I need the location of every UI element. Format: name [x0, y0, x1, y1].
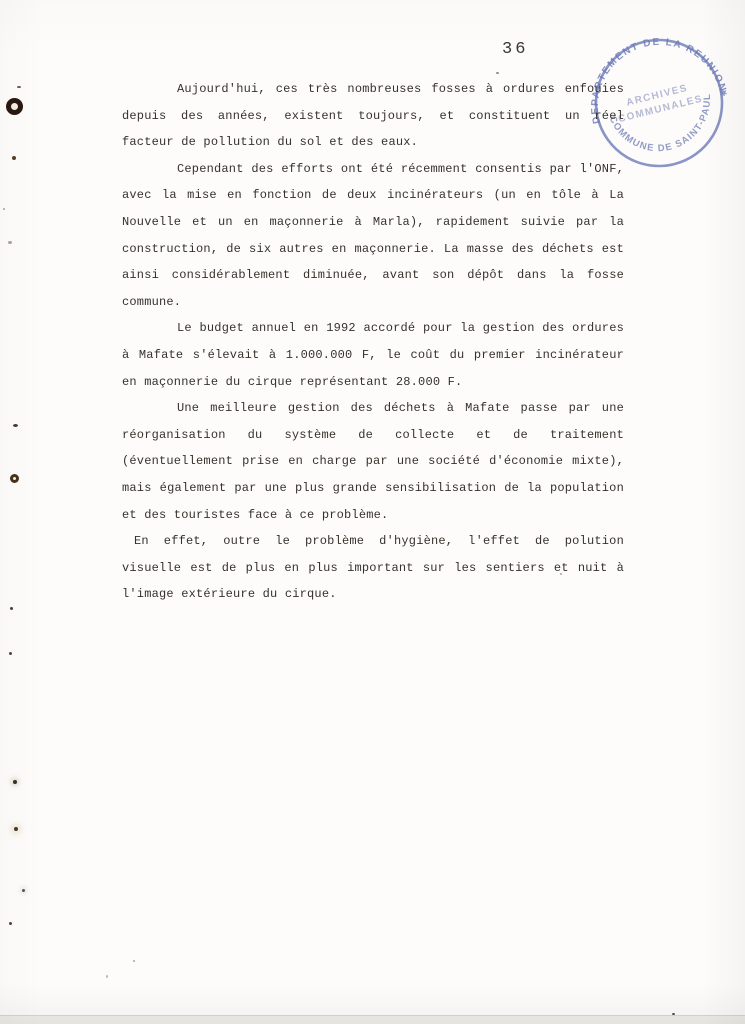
document-text-block: Aujourd'hui, ces très nombreuses fosses …: [122, 76, 624, 608]
paragraph-fosses-ordures: Aujourd'hui, ces très nombreuses fosses …: [122, 76, 624, 156]
scanned-document-page: 36 DEPARTEMENT DE LA REUNION COMMUNE DE …: [0, 0, 745, 1024]
ink-speck: [133, 960, 135, 962]
ink-speck: [560, 573, 562, 575]
ink-speck: [10, 474, 19, 483]
page-number: 36: [502, 40, 528, 59]
scan-edge-strip: [0, 1016, 745, 1024]
ink-speck: [13, 424, 18, 427]
ink-speck: [22, 889, 25, 892]
ink-speck: [3, 208, 5, 210]
ink-speck: [9, 922, 12, 925]
ink-speck: [8, 241, 12, 244]
paragraph-efforts-onf: Cependant des efforts ont été récemment …: [122, 156, 624, 316]
ink-speck: [496, 72, 499, 74]
ink-speck: [106, 975, 108, 978]
ink-speck: [13, 780, 17, 784]
ink-speck: [9, 652, 12, 655]
paragraph-pollution-visuelle: En effet, outre le problème d'hygiène, l…: [122, 528, 624, 608]
ink-speck: [14, 827, 18, 831]
paragraph-meilleure-gestion: Une meilleure gestion des déchets à Mafa…: [122, 395, 624, 528]
ink-blob: [6, 98, 23, 115]
ink-speck: [12, 156, 16, 160]
ink-speck: [17, 86, 21, 88]
paragraph-budget-1992: Le budget annuel en 1992 accordé pour la…: [122, 315, 624, 395]
ink-speck: [10, 607, 13, 610]
